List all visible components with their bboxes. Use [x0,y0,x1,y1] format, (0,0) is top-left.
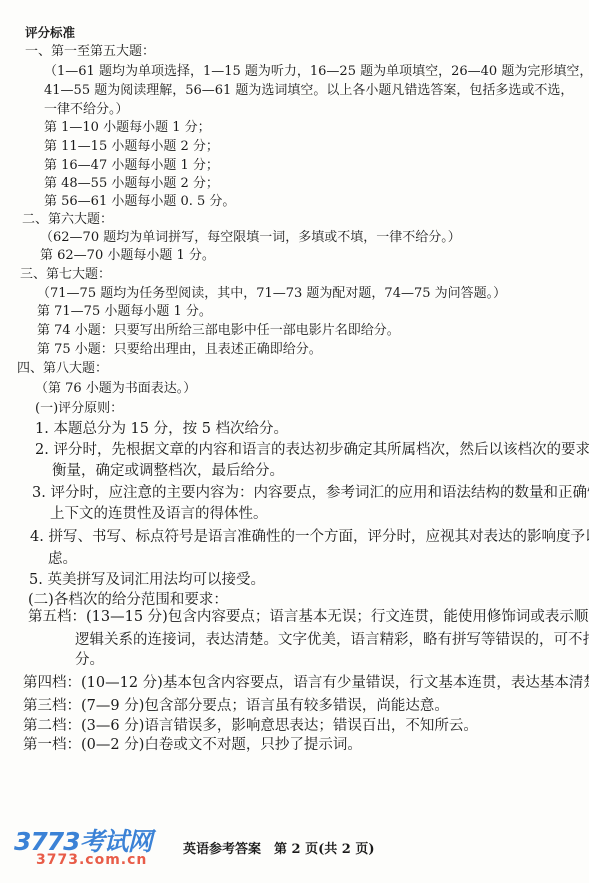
heading: 评分标准 [25,25,75,41]
score-line: 第 11—15 小题每小题 2 分； [44,139,219,155]
level-item-cont: 逻辑关系的连接词，表达清楚。文字优美，语言精彩，略有拼写等错误的，可不扣 [75,631,589,649]
principle-item: 2. 评分时，先根据文章的内容和语言的表达初步确定其所属档次，然后以该档次的要求… [35,441,589,459]
level-item-cont: 分。 [75,651,104,669]
level-item: 第二档：(3—6 分)语言错误多，影响意思表达；错误百出，不知所云。 [23,717,478,735]
section3-line: 第 71—75 小题每小题 1 分。 [37,304,212,320]
level-item: 第四档：(10—12 分)基本包含内容要点，语言有少量错误，行文基本连贯，表达基… [23,674,589,692]
principle-item-cont: 衡量，确定或调整档次，最后给分。 [52,462,284,480]
level-item: 第三档：(7—9 分)包含部分要点；语言虽有较多错误，尚能达意。 [23,697,449,715]
section2-note: （62—70 题均为单词拼写，每空限填一词，多填或不填，一律不给分。） [40,230,461,246]
principle-item: 4. 拼写、书写、标点符号是语言准确性的一个方面，评分时，应视其对表达的影响度予… [30,528,589,546]
section1-note-line: 一律不给分。） [44,102,129,118]
section1-note-line: （1—61 题均为单项选择，1—15 题为听力，16—25 题为单项填空，26—… [44,64,589,80]
section4-note: （第 76 小题为书面表达。） [35,381,196,397]
site-logo: 3773考试网 3773.com.cn [14,822,174,874]
principles-title: (一)评分原则： [35,401,123,417]
principle-item-cont: 虑。 [48,550,77,568]
section1-title: 一、第一至第五大题： [25,44,155,60]
level-item: 第一档：(0—2 分)白卷或文不对题，只抄了提示词。 [23,736,362,754]
section2-score: 第 62—70 小题每小题 1 分。 [40,248,215,264]
levels-title: (二)各档次的给分范围和要求： [28,591,228,609]
page-footer: 英语参考答案 第 2 页(共 2 页) [183,838,375,857]
section3-note: （71—75 题均为任务型阅读，其中，71—73 题为配对题，74—75 为问答… [37,286,506,302]
section1-note-line: 41—55 题为阅读理解，56—61 题为选词填空。以上各小题凡错选答案，包括多… [44,83,573,99]
score-line: 第 1—10 小题每小题 1 分； [44,120,211,136]
section2-title: 二、第六大题： [22,212,113,228]
logo-sub-text: 3773.com.cn [36,852,147,868]
score-line: 第 56—61 小题每小题 0. 5 分。 [44,194,235,210]
score-line: 第 48—55 小题每小题 2 分； [44,176,219,192]
principle-item: 1. 本题总分为 15 分，按 5 档次给分。 [35,420,288,438]
principle-item: 3. 评分时，应注意的主要内容为：内容要点，参考词汇的应用和语法结构的数量和正确… [32,484,589,502]
level-item: 第五档：(13—15 分)包含内容要点；语言基本无误；行文连贯，能使用修饰词或表… [28,608,589,626]
section3-line: 第 74 小题：只要写出所给三部电影中任一部电影片名即给分。 [37,323,400,339]
score-line: 第 16—47 小题每小题 1 分； [44,158,219,174]
section4-title: 四、第八大题： [17,361,108,377]
principle-item-cont: 上下文的连贯性及语言的得体性。 [50,505,268,523]
section3-line: 第 75 小题：只要给出理由，且表述正确即给分。 [37,342,322,358]
principle-item: 5. 英美拼写及词汇用法均可以接受。 [29,571,265,589]
section3-title: 三、第七大题： [20,267,111,283]
